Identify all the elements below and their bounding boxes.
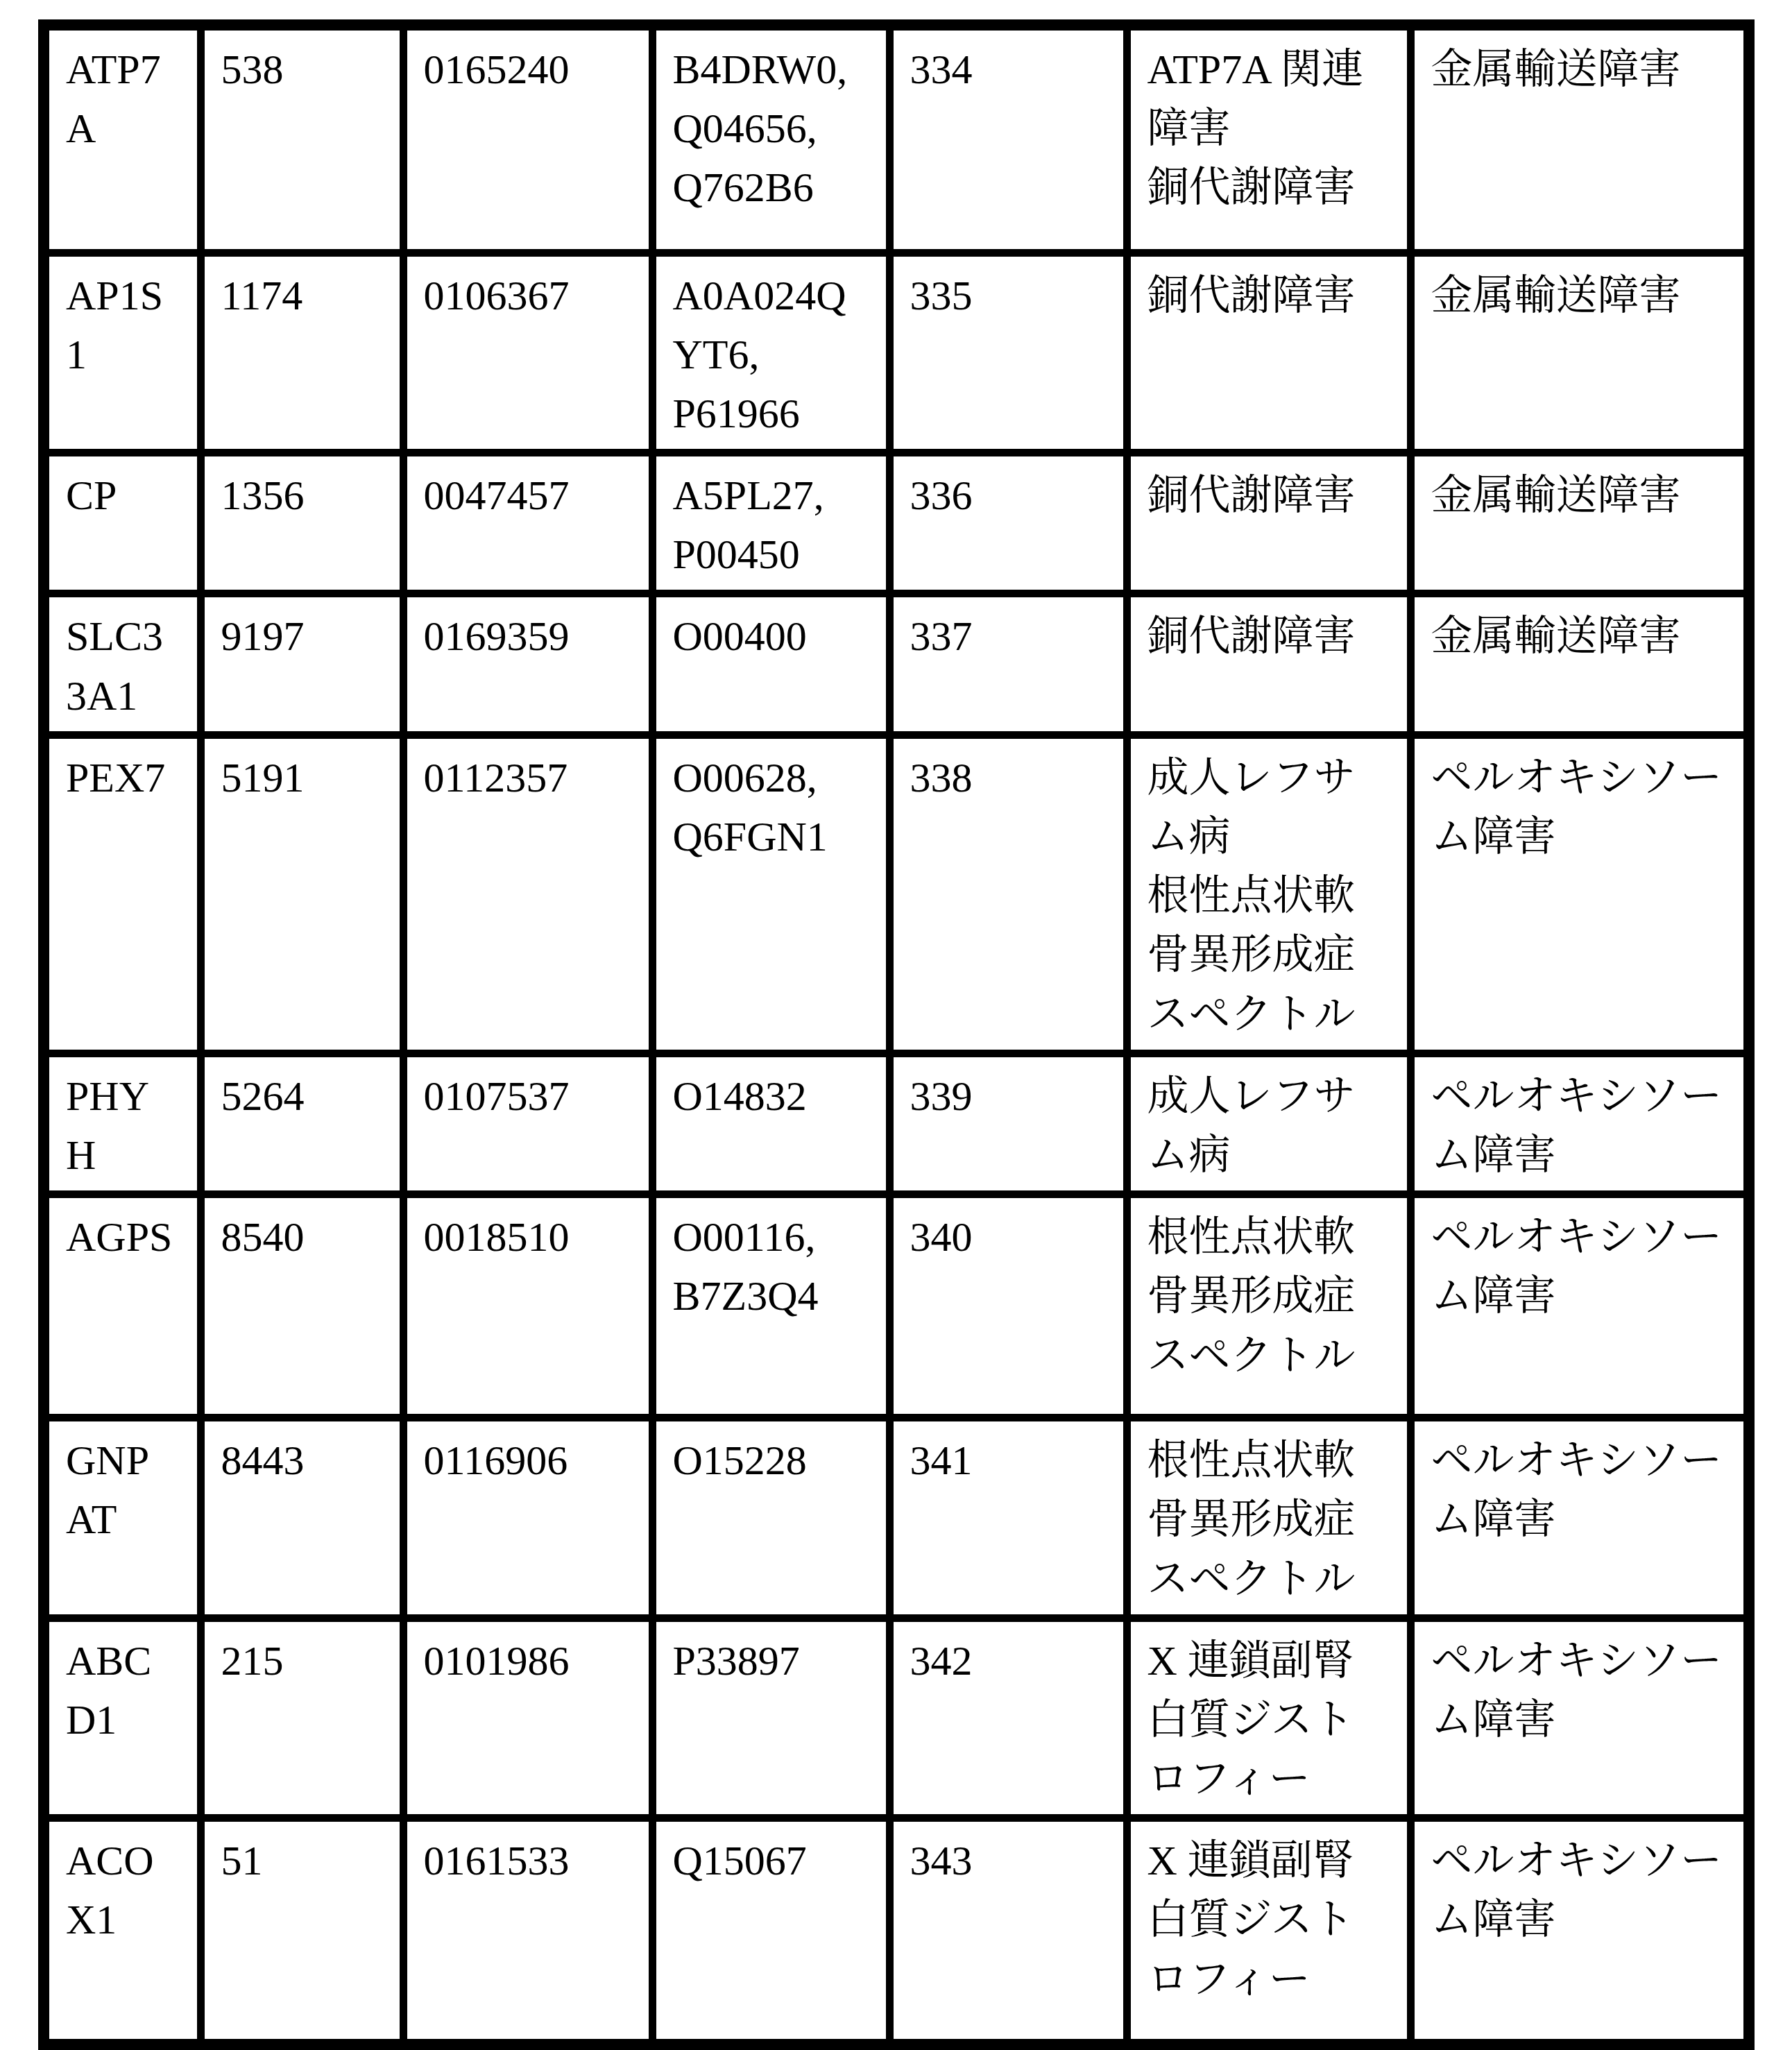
gene-disease-table: ATP7 A 538 0165240 B4DRW0, Q04656, Q762B… bbox=[38, 19, 1755, 2050]
table-row: PHY H 5264 0107537 O14832 339 成人レフサ ム病 ペ… bbox=[44, 1053, 1749, 1194]
uniprot-ids-cell: O00400 bbox=[652, 594, 889, 735]
disease-category-cell: 金属輸送障害 bbox=[1410, 253, 1749, 453]
gene-symbol-cell: GNP AT bbox=[44, 1418, 200, 1618]
gene-id-cell: 5191 bbox=[200, 735, 403, 1053]
gene-id-cell: 8443 bbox=[200, 1418, 403, 1618]
sequence-number-cell: 334 bbox=[889, 25, 1127, 253]
accession-number-cell: 0107537 bbox=[403, 1053, 652, 1194]
disease-name-cell: 成人レフサ ム病 根性点状軟 骨異形成症 スペクトル bbox=[1127, 735, 1410, 1053]
sequence-number-cell: 339 bbox=[889, 1053, 1127, 1194]
disease-name-cell: 銅代謝障害 bbox=[1127, 253, 1410, 453]
disease-category-cell: ペルオキシソー ム障害 bbox=[1410, 1418, 1749, 1618]
gene-id-cell: 1356 bbox=[200, 453, 403, 594]
accession-number-cell: 0165240 bbox=[403, 25, 652, 253]
disease-category-cell: ペルオキシソー ム障害 bbox=[1410, 1818, 1749, 2044]
gene-id-cell: 8540 bbox=[200, 1195, 403, 1418]
accession-number-cell: 0169359 bbox=[403, 594, 652, 735]
table-row: ABC D1 215 0101986 P33897 342 X 連鎖副腎 白質ジ… bbox=[44, 1618, 1749, 1818]
table-row: GNP AT 8443 0116906 O15228 341 根性点状軟 骨異形… bbox=[44, 1418, 1749, 1618]
table-row: ACO X1 51 0161533 Q15067 343 X 連鎖副腎 白質ジス… bbox=[44, 1818, 1749, 2044]
gene-symbol-cell: SLC3 3A1 bbox=[44, 594, 200, 735]
uniprot-ids-cell: O14832 bbox=[652, 1053, 889, 1194]
gene-id-cell: 538 bbox=[200, 25, 403, 253]
gene-symbol-cell: PEX7 bbox=[44, 735, 200, 1053]
accession-number-cell: 0112357 bbox=[403, 735, 652, 1053]
gene-symbol-cell: ATP7 A bbox=[44, 25, 200, 253]
disease-category-cell: 金属輸送障害 bbox=[1410, 25, 1749, 253]
disease-category-cell: 金属輸送障害 bbox=[1410, 453, 1749, 594]
uniprot-ids-cell: P33897 bbox=[652, 1618, 889, 1818]
uniprot-ids-cell: Q15067 bbox=[652, 1818, 889, 2044]
accession-number-cell: 0106367 bbox=[403, 253, 652, 453]
sequence-number-cell: 335 bbox=[889, 253, 1127, 453]
sequence-number-cell: 338 bbox=[889, 735, 1127, 1053]
gene-symbol-cell: CP bbox=[44, 453, 200, 594]
table-row: ATP7 A 538 0165240 B4DRW0, Q04656, Q762B… bbox=[44, 25, 1749, 253]
accession-number-cell: 0047457 bbox=[403, 453, 652, 594]
gene-id-cell: 1174 bbox=[200, 253, 403, 453]
accession-number-cell: 0018510 bbox=[403, 1195, 652, 1418]
disease-name-cell: X 連鎖副腎 白質ジスト ロフィー bbox=[1127, 1818, 1410, 2044]
sequence-number-cell: 343 bbox=[889, 1818, 1127, 2044]
sequence-number-cell: 337 bbox=[889, 594, 1127, 735]
uniprot-ids-cell: O15228 bbox=[652, 1418, 889, 1618]
sequence-number-cell: 342 bbox=[889, 1618, 1127, 1818]
gene-symbol-cell: AGPS bbox=[44, 1195, 200, 1418]
disease-name-cell: 成人レフサ ム病 bbox=[1127, 1053, 1410, 1194]
disease-name-cell: ATP7A 関連 障害 銅代謝障害 bbox=[1127, 25, 1410, 253]
disease-category-cell: ペルオキシソー ム障害 bbox=[1410, 735, 1749, 1053]
disease-category-cell: ペルオキシソー ム障害 bbox=[1410, 1195, 1749, 1418]
accession-number-cell: 0101986 bbox=[403, 1618, 652, 1818]
disease-name-cell: 根性点状軟 骨異形成症 スペクトル bbox=[1127, 1418, 1410, 1618]
gene-symbol-cell: ABC D1 bbox=[44, 1618, 200, 1818]
gene-symbol-cell: ACO X1 bbox=[44, 1818, 200, 2044]
table-row: SLC3 3A1 9197 0169359 O00400 337 銅代謝障害 金… bbox=[44, 594, 1749, 735]
disease-name-cell: 根性点状軟 骨異形成症 スペクトル bbox=[1127, 1195, 1410, 1418]
gene-symbol-cell: PHY H bbox=[44, 1053, 200, 1194]
sequence-number-cell: 336 bbox=[889, 453, 1127, 594]
table-row: AGPS 8540 0018510 O00116, B7Z3Q4 340 根性点… bbox=[44, 1195, 1749, 1418]
disease-category-cell: 金属輸送障害 bbox=[1410, 594, 1749, 735]
gene-id-cell: 215 bbox=[200, 1618, 403, 1818]
table-row: PEX7 5191 0112357 O00628, Q6FGN1 338 成人レ… bbox=[44, 735, 1749, 1053]
gene-symbol-cell: AP1S 1 bbox=[44, 253, 200, 453]
gene-id-cell: 5264 bbox=[200, 1053, 403, 1194]
disease-name-cell: X 連鎖副腎 白質ジスト ロフィー bbox=[1127, 1618, 1410, 1818]
disease-name-cell: 銅代謝障害 bbox=[1127, 453, 1410, 594]
table-row: CP 1356 0047457 A5PL27, P00450 336 銅代謝障害… bbox=[44, 453, 1749, 594]
uniprot-ids-cell: O00116, B7Z3Q4 bbox=[652, 1195, 889, 1418]
accession-number-cell: 0161533 bbox=[403, 1818, 652, 2044]
disease-category-cell: ペルオキシソー ム障害 bbox=[1410, 1618, 1749, 1818]
uniprot-ids-cell: A0A024Q YT6, P61966 bbox=[652, 253, 889, 453]
disease-name-cell: 銅代謝障害 bbox=[1127, 594, 1410, 735]
gene-id-cell: 51 bbox=[200, 1818, 403, 2044]
uniprot-ids-cell: A5PL27, P00450 bbox=[652, 453, 889, 594]
sequence-number-cell: 341 bbox=[889, 1418, 1127, 1618]
uniprot-ids-cell: B4DRW0, Q04656, Q762B6 bbox=[652, 25, 889, 253]
sequence-number-cell: 340 bbox=[889, 1195, 1127, 1418]
gene-id-cell: 9197 bbox=[200, 594, 403, 735]
accession-number-cell: 0116906 bbox=[403, 1418, 652, 1618]
disease-category-cell: ペルオキシソー ム障害 bbox=[1410, 1053, 1749, 1194]
table-row: AP1S 1 1174 0106367 A0A024Q YT6, P61966 … bbox=[44, 253, 1749, 453]
uniprot-ids-cell: O00628, Q6FGN1 bbox=[652, 735, 889, 1053]
